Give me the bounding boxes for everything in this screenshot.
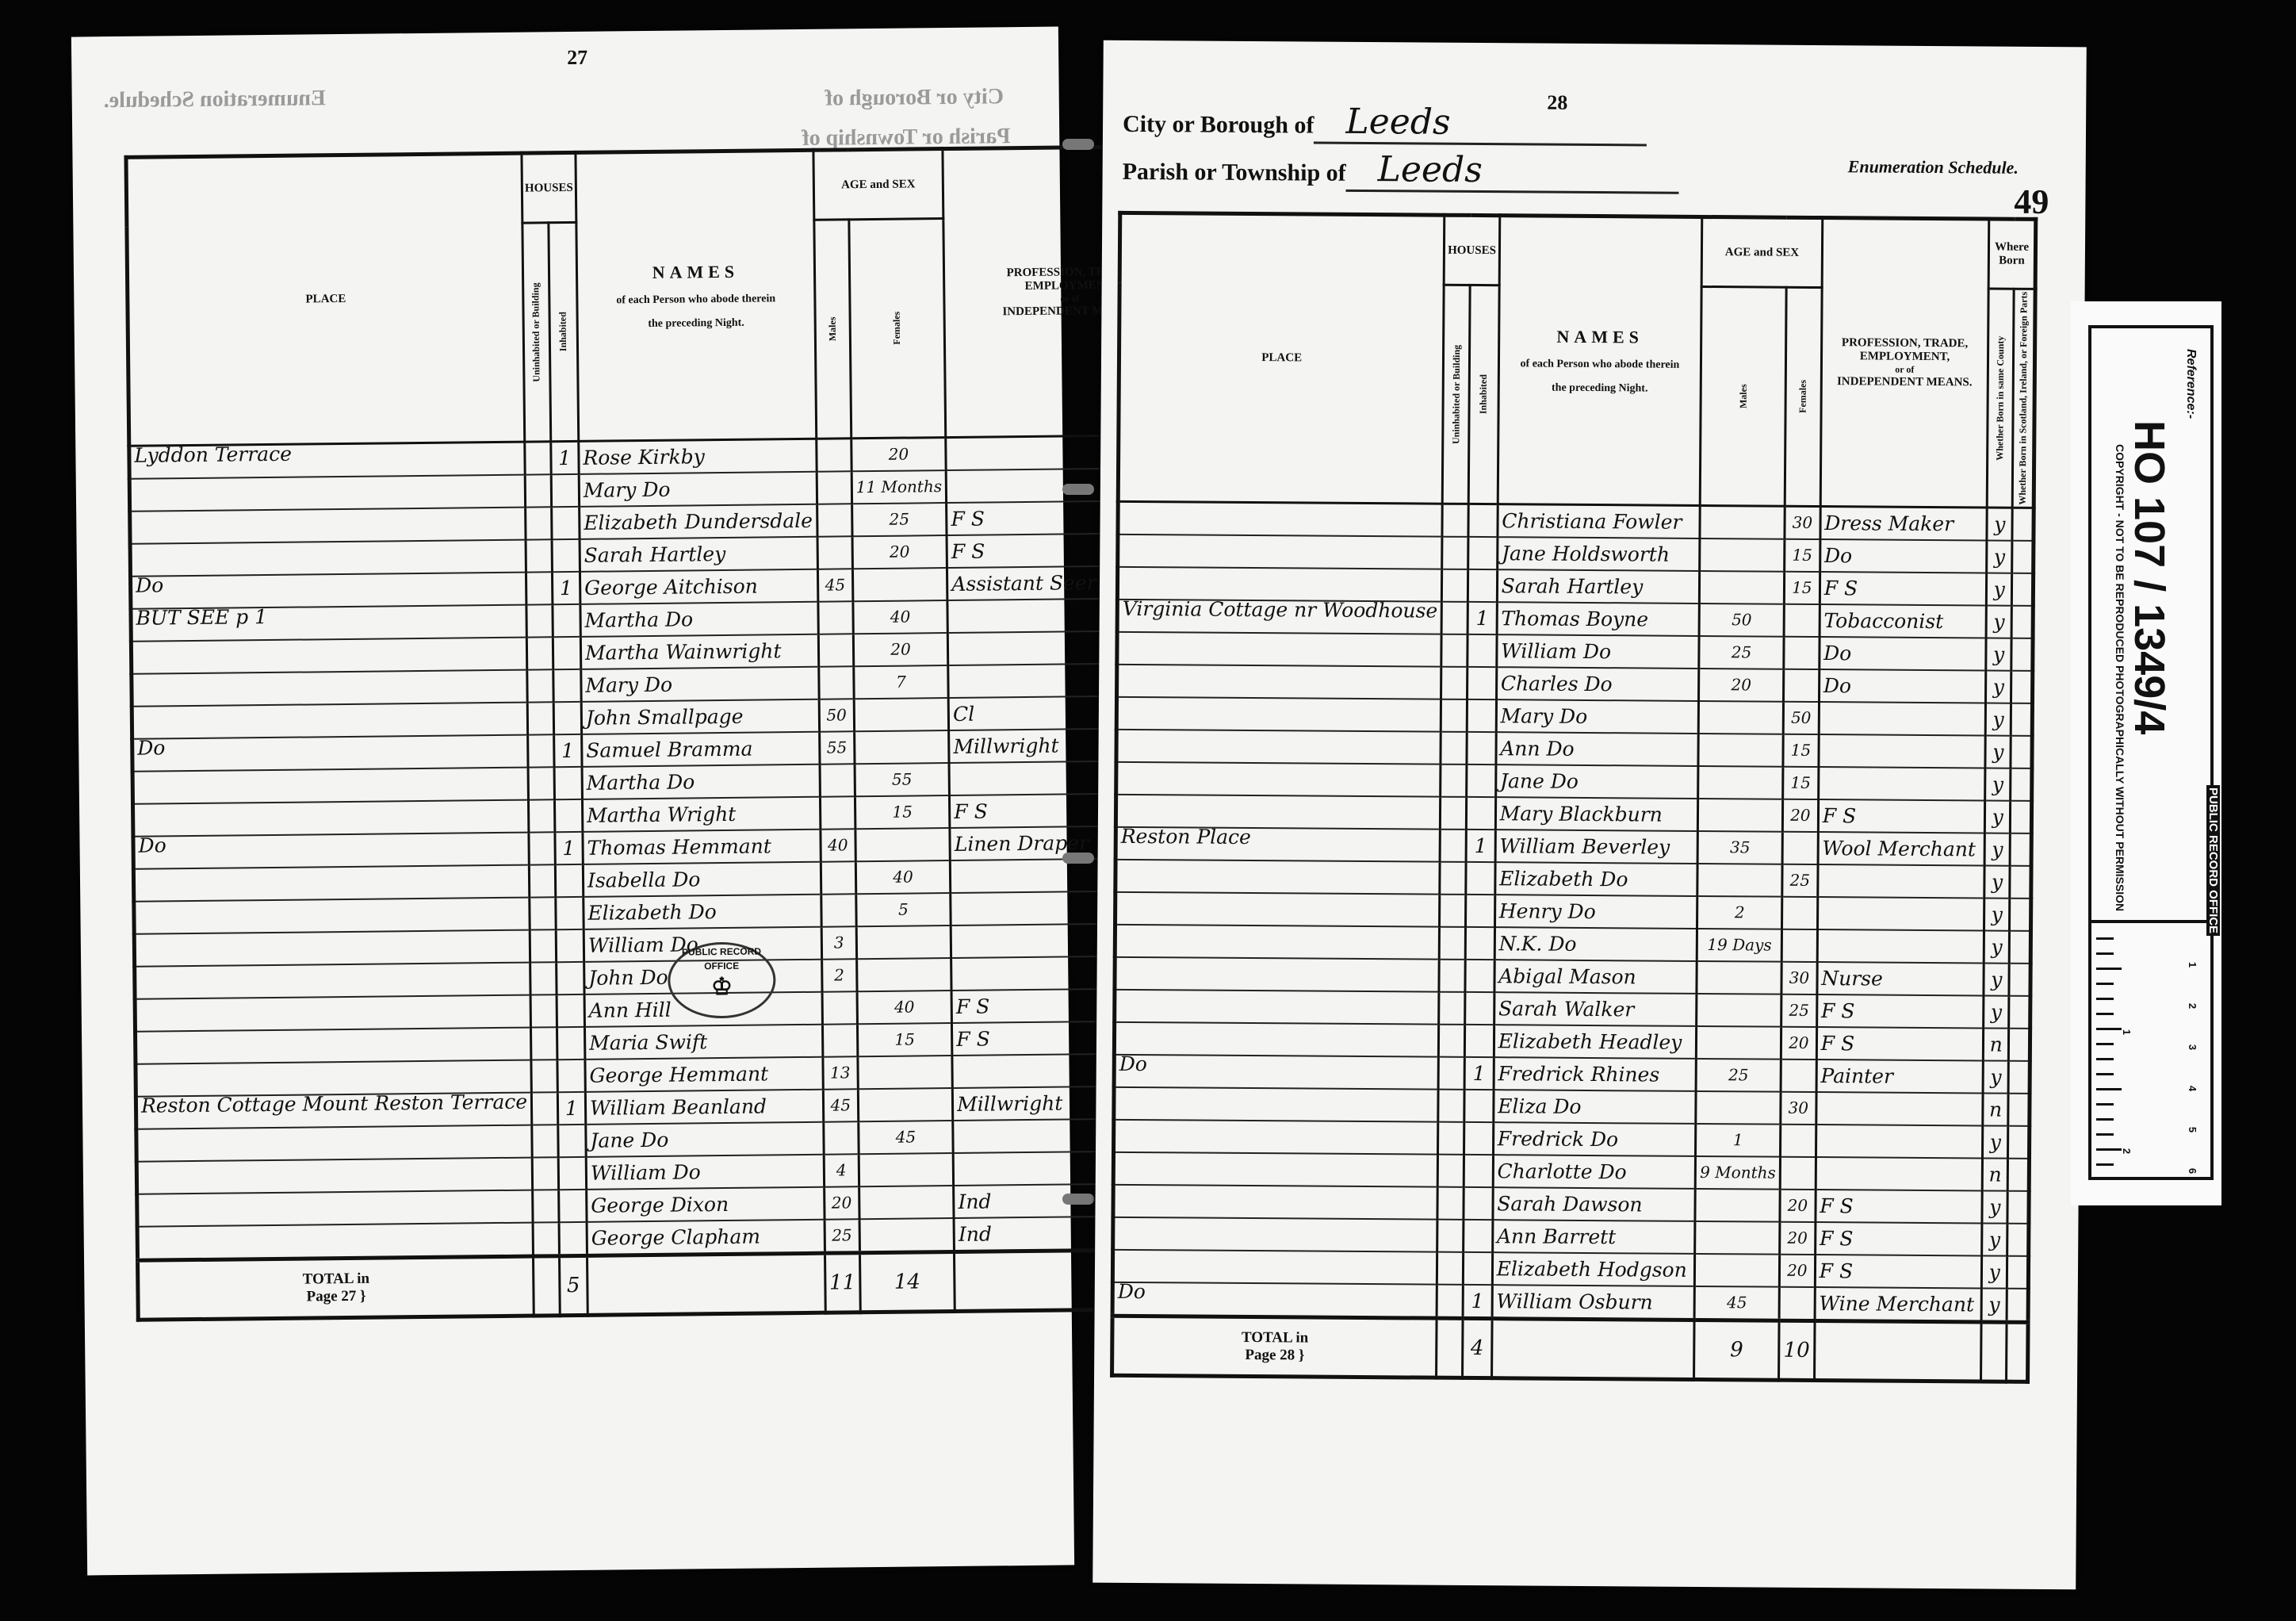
ruler-inch-label: 1 [2121, 1029, 2133, 1035]
header-houses: HOUSES [1445, 215, 1500, 285]
females-age-cell [1780, 1156, 1816, 1189]
females-age-cell: 5 [856, 893, 951, 926]
name-cell: William Do [586, 1155, 824, 1190]
profession-cell: Do [1820, 637, 1987, 670]
males-age-cell: 9 Months [1695, 1156, 1780, 1190]
header-uninhabited: Uninhabited or Building [522, 223, 550, 442]
uninhabited-cell [1441, 829, 1467, 861]
profession-cell: Nurse [1817, 962, 1984, 995]
ruler-cm-label: 3 [2187, 1044, 2198, 1050]
census-table-left: PLACE HOUSES NAMES of each Person who ab… [124, 144, 1248, 1321]
ruler-tick [2096, 968, 2122, 970]
uninhabited-cell [528, 734, 554, 767]
header-where-born: Where Born [1988, 219, 2035, 289]
uninhabited-cell [1441, 731, 1467, 764]
name-cell: Henry Do [1494, 895, 1697, 929]
same-county-cell: y [1981, 1288, 2007, 1322]
total-females: 14 [859, 1251, 955, 1312]
header-age-sex: AGE and SEX [813, 149, 943, 220]
females-age-cell: 40 [855, 860, 951, 894]
name-cell: Abigal Mason [1494, 960, 1697, 994]
bleed-through-schedule: Enumeration Schedule. [104, 86, 326, 113]
males-age-cell [1695, 1189, 1780, 1222]
females-age-cell [855, 828, 951, 861]
males-age-cell [820, 796, 855, 829]
profession-cell [1817, 897, 1984, 930]
uninhabited-cell [529, 799, 555, 832]
females-age-cell [1781, 1059, 1816, 1091]
males-age-cell: 4 [824, 1154, 859, 1186]
copyright-notice: COPYRIGHT - NOT TO BE REPRODUCED PHOTOGR… [2114, 444, 2126, 911]
same-county-cell: y [1982, 1190, 2007, 1223]
females-age-cell: 20 [1779, 1254, 1815, 1286]
place-cell [1117, 567, 1442, 602]
total-females: 10 [1778, 1320, 1814, 1380]
same-county-cell: y [1985, 703, 2011, 735]
males-age-cell: 25 [1696, 1059, 1781, 1092]
name-cell: Sarah Dawson [1493, 1187, 1696, 1221]
place-cell [132, 669, 527, 706]
same-county-cell: y [1983, 1125, 2008, 1158]
same-county-cell: y [1984, 865, 2010, 898]
total-row: TOTAL inPage 28 } 4 9 10 [1112, 1316, 2028, 1381]
females-age-cell: 30 [1781, 1091, 1816, 1124]
same-county-cell: y [1984, 898, 2010, 930]
females-age-cell [1784, 637, 1820, 669]
foreign-born-cell [2010, 833, 2031, 866]
males-age-cell: 1 [1696, 1124, 1781, 1157]
uninhabited-cell [1437, 1186, 1464, 1219]
header-profession: PROFESSION, TRADE,EMPLOYMENT, or ofINDEP… [1820, 218, 1989, 508]
males-age-cell: 45 [817, 569, 853, 601]
males-age-cell [821, 861, 856, 894]
ruler-tick [2096, 1133, 2114, 1136]
females-age-cell: 50 [1783, 702, 1819, 734]
inhabited-cell: 1 [1464, 1057, 1494, 1090]
uninhabited-cell [1437, 1251, 1464, 1284]
males-age-cell [817, 471, 852, 504]
total-row: TOTAL inPage 27 } 5 11 14 [138, 1248, 1247, 1320]
uninhabited-cell [1441, 699, 1468, 731]
uninhabited-cell [531, 1060, 557, 1092]
name-cell: Elizabeth Headley [1494, 1025, 1697, 1059]
ruler-inch-label: 2 [2121, 1148, 2133, 1154]
same-county-cell: y [1983, 1060, 2008, 1093]
foreign-born-cell [2011, 736, 2032, 768]
page-number: 27 [567, 46, 587, 70]
uninhabited-cell [1441, 796, 1467, 829]
males-age-cell [1697, 864, 1782, 897]
uninhabited-cell [1439, 991, 1465, 1024]
females-age-cell: 25 [1782, 864, 1818, 896]
foreign-born-cell [2011, 768, 2032, 801]
uninhabited-cell [530, 962, 557, 994]
uninhabited-cell [530, 929, 556, 962]
place-cell: Lyddon Terrace [129, 442, 526, 479]
total-houses: 5 [559, 1255, 587, 1315]
uninhabited-cell [526, 539, 552, 572]
same-county-cell: y [1987, 573, 2012, 605]
foreign-born-cell [2010, 899, 2031, 931]
inhabited-cell [554, 799, 583, 832]
inhabited-cell [1464, 1252, 1493, 1285]
place-cell [135, 962, 530, 998]
males-age-cell [817, 536, 853, 569]
uninhabited-cell [526, 507, 552, 539]
name-cell: Martha Do [580, 602, 818, 637]
females-age-cell: 15 [1783, 734, 1819, 766]
males-age-cell [1699, 701, 1784, 734]
header-place: PLACE [1118, 213, 1445, 504]
males-age-cell [816, 439, 851, 472]
place-cell: Reston Place [1115, 827, 1441, 862]
ruler-tick [2096, 1043, 2114, 1045]
name-cell: Fredrick Do [1493, 1122, 1696, 1156]
census-table-right: PLACE HOUSES NAMES of each Person who ab… [1110, 211, 2038, 1384]
bleed-through-city: City or Borough of [825, 84, 1004, 111]
females-age-cell [854, 730, 949, 764]
uninhabited-cell [531, 1027, 557, 1060]
males-age-cell [818, 634, 854, 666]
foreign-born-cell [2011, 703, 2033, 736]
males-age-cell: 50 [819, 699, 855, 731]
uninhabited-cell [526, 572, 553, 604]
foreign-born-cell [2009, 995, 2030, 1028]
profession-cell: F S [1816, 994, 1984, 1028]
males-age-cell: 20 [824, 1186, 859, 1219]
males-age-cell: 25 [1699, 636, 1784, 669]
uninhabited-cell [533, 1222, 559, 1256]
place-cell [137, 1222, 534, 1260]
inhabited-cell [555, 897, 584, 929]
females-age-cell: 20 [1780, 1221, 1816, 1254]
scale-ruler: 12123456 [2088, 920, 2207, 1177]
inhabited-cell [557, 1027, 585, 1060]
profession-cell [1819, 734, 1986, 768]
profession-cell: Dress Maker [1820, 506, 1988, 540]
place-cell [136, 1125, 532, 1161]
parish-value: Leeds [1346, 149, 1679, 194]
place-cell [131, 637, 526, 673]
uninhabited-cell [525, 442, 551, 475]
females-age-cell: 20 [852, 535, 947, 569]
left-page-27: 27 Enumeration Schedule. City or Borough… [71, 27, 1074, 1576]
females-age-cell: 15 [1785, 539, 1820, 572]
foreign-born-cell [2011, 606, 2033, 638]
inhabited-cell [1467, 765, 1496, 797]
uninhabited-cell [1441, 634, 1468, 666]
males-age-cell: 2 [1697, 896, 1782, 929]
place-cell [130, 507, 526, 543]
inhabited-cell: 1 [553, 734, 582, 767]
name-cell: Thomas Hemmant [583, 830, 821, 864]
uninhabited-cell [526, 604, 553, 637]
females-age-cell [859, 1186, 954, 1219]
uninhabited-cell [532, 1157, 558, 1190]
same-county-cell: y [1985, 735, 2011, 768]
place-cell [1114, 1120, 1439, 1155]
same-county-cell: y [1984, 930, 2009, 963]
males-age-cell: 19 Days [1697, 929, 1781, 962]
binding-ring-icon [1062, 139, 1094, 150]
place-cell [1114, 1022, 1439, 1057]
profession-cell [1816, 1125, 1983, 1158]
inhabited-cell [1465, 927, 1494, 960]
foreign-born-cell [2008, 1158, 2030, 1190]
same-county-cell: n [1984, 1028, 2009, 1060]
inhabited-cell [552, 539, 580, 572]
total-label: TOTAL inPage 27 } [138, 1256, 534, 1320]
ruler-tick [2096, 1013, 2114, 1015]
name-cell: George Aitchison [580, 569, 817, 604]
place-cell [1114, 1087, 1439, 1122]
place-cell [1116, 762, 1441, 797]
same-county-cell: y [1984, 833, 2010, 865]
crown-icon: ♔ [670, 972, 773, 1002]
ruler-tick [2096, 1088, 2122, 1090]
females-age-cell [856, 925, 951, 959]
profession-cell [1818, 864, 1985, 898]
place-cell [1115, 925, 1440, 960]
females-age-cell: 11 Months [851, 470, 947, 504]
females-age-cell [852, 568, 947, 601]
name-cell: Sarah Hartley [1497, 569, 1700, 604]
same-county-cell: y [1987, 508, 2012, 541]
ruler-tick [2096, 1148, 2122, 1151]
females-age-cell: 20 [1781, 1026, 1816, 1059]
males-age-cell [821, 894, 856, 926]
males-age-cell [1696, 1091, 1781, 1125]
ruler-cm-label: 4 [2187, 1086, 2198, 1091]
ruler-cm-label: 6 [2187, 1168, 2198, 1174]
name-cell: Jane Do [586, 1122, 824, 1157]
place-cell [135, 994, 530, 1031]
same-county-cell: y [1986, 638, 2011, 670]
profession-cell [1816, 1092, 1984, 1125]
name-cell: Jane Holdsworth [1497, 537, 1700, 571]
name-cell: Thomas Boyne [1497, 602, 1700, 636]
place-cell: Do [132, 734, 528, 771]
females-age-cell [1781, 896, 1817, 929]
foreign-born-cell [2007, 1255, 2029, 1288]
females-age-cell: 40 [853, 600, 948, 634]
same-county-cell: n [1983, 1093, 2008, 1125]
name-cell: Mary Blackburn [1495, 797, 1698, 831]
place-cell [1117, 632, 1442, 667]
inhabited-cell [1467, 797, 1496, 830]
right-page-28: 28 City or Borough ofLeeds Parish or Tow… [1093, 40, 2087, 1590]
males-age-cell [817, 504, 852, 536]
males-age-cell: 13 [823, 1056, 859, 1089]
inhabited-cell [558, 1157, 587, 1190]
profession-cell: F S [1816, 1027, 1984, 1060]
foreign-born-cell [2011, 671, 2033, 703]
males-age-cell [818, 666, 854, 699]
females-age-cell [854, 698, 949, 731]
place-cell [1115, 860, 1441, 895]
females-age-cell [858, 1088, 953, 1121]
females-age-cell [856, 958, 951, 991]
profession-cell: Painter [1816, 1060, 1984, 1093]
ruler-tick [2096, 1118, 2114, 1121]
place-cell [136, 1027, 531, 1063]
inhabited-cell [1467, 732, 1496, 765]
rows-left: Lyddon Terrace1Rose Kirkby20yMary Do11 M… [129, 434, 1246, 1260]
inhabited-cell [1465, 1025, 1494, 1057]
females-age-cell: 20 [853, 633, 948, 666]
name-cell: Jane Do [1495, 765, 1698, 799]
name-cell: Maria Swift [584, 1025, 822, 1060]
foreign-born-cell [2007, 1190, 2029, 1223]
schedule-number: 49 [2014, 182, 2049, 222]
uninhabited-cell [1441, 666, 1468, 699]
inhabited-cell [1468, 537, 1498, 569]
females-age-cell: 15 [857, 1023, 952, 1056]
same-county-cell: y [1986, 670, 2011, 703]
uninhabited-cell [1440, 926, 1466, 959]
binding-ring-icon [1062, 484, 1094, 495]
header-same-county: Whether Born in same County [1987, 289, 2014, 508]
males-age-cell: 35 [1697, 831, 1782, 864]
foreign-born-cell [2008, 1060, 2030, 1093]
header-names: NAMES of each Person who abode therein t… [576, 150, 817, 441]
ruler-tick [2096, 1073, 2114, 1075]
header-age-sex: AGE and SEX [1701, 217, 1822, 287]
reference-label: Reference:- HO 107 / 1349/4 COPYRIGHT - … [2071, 301, 2221, 1205]
inhabited-cell [1464, 1090, 1494, 1122]
header-males: Males [814, 220, 851, 439]
inhabited-cell [553, 637, 581, 669]
place-cell [132, 702, 527, 738]
males-age-cell: 2 [821, 959, 857, 991]
header-uninhabited: Uninhabited or Building [1443, 285, 1471, 504]
inhabited-cell [1464, 1220, 1493, 1252]
uninhabited-cell [1439, 1056, 1465, 1089]
profession-cell [1818, 767, 1985, 800]
uninhabited-cell [1442, 569, 1468, 601]
ruler-cm-label: 5 [2187, 1127, 2198, 1132]
foreign-born-cell [2009, 963, 2030, 995]
ruler-tick [2096, 937, 2114, 940]
inhabited-cell [1468, 569, 1498, 602]
name-cell: Ann Do [1496, 732, 1699, 766]
ruler-tick [2096, 1163, 2114, 1166]
profession-cell: Tobacconist [1820, 604, 1987, 638]
foreign-born-cell [2008, 1125, 2030, 1158]
females-age-cell: 25 [1781, 994, 1817, 1026]
name-cell: Sarah Walker [1494, 992, 1697, 1026]
males-age-cell: 3 [821, 926, 857, 959]
females-age-cell: 20 [1780, 1189, 1816, 1221]
inhabited-cell: 1 [1463, 1285, 1492, 1319]
header-names: NAMES of each Person who abode therein t… [1498, 216, 1702, 506]
males-age-cell [1698, 766, 1783, 799]
name-cell: Sarah Hartley [580, 537, 817, 572]
name-cell: N.K. Do [1494, 927, 1697, 961]
inhabited-cell [1468, 504, 1498, 537]
binding-ring-icon [1062, 1194, 1094, 1205]
inhabited-cell [1468, 667, 1497, 699]
males-age-cell [823, 1121, 859, 1154]
inhabited-cell [556, 962, 584, 994]
inhabited-cell [1466, 895, 1495, 927]
males-age-cell [1697, 1026, 1781, 1060]
total-males: 11 [825, 1253, 860, 1313]
ruler-cm-label: 2 [2187, 1003, 2198, 1009]
city-borough-line: City or Borough ofLeeds [1123, 100, 1647, 147]
name-cell: Christiana Fowler [1498, 504, 1701, 538]
header-females: Females [1785, 287, 1822, 506]
females-age-cell: 15 [1784, 572, 1820, 604]
profession-cell: Wine Merchant [1815, 1287, 1982, 1322]
same-county-cell: y [1985, 800, 2011, 833]
males-age-cell [820, 764, 855, 796]
uninhabited-cell [1440, 861, 1466, 894]
place-cell [1112, 1250, 1437, 1285]
males-age-cell: 45 [823, 1089, 859, 1121]
place-cell [1115, 957, 1440, 992]
uninhabited-cell [529, 832, 555, 864]
foreign-born-cell [2008, 1093, 2030, 1125]
ruler-tick [2096, 998, 2114, 1000]
same-county-cell: y [1982, 1255, 2007, 1288]
ruler-tick [2096, 1028, 2122, 1030]
place-cell: Do [131, 572, 526, 608]
total-males: 9 [1694, 1320, 1779, 1380]
foreign-born-cell [2007, 1288, 2028, 1322]
name-cell: Ann Barrett [1492, 1220, 1695, 1254]
males-age-cell [1700, 505, 1785, 538]
name-cell: Charlotte Do [1493, 1155, 1696, 1189]
profession-cell [1816, 1157, 1983, 1190]
females-age-cell: 30 [1781, 961, 1817, 994]
name-cell: William Beverley [1495, 830, 1698, 864]
place-cell [1115, 892, 1441, 927]
females-age-cell [1779, 1286, 1815, 1320]
name-cell: Rose Kirkby [579, 439, 817, 474]
city-value: Leeds [1314, 102, 1647, 147]
ruler-tick [2096, 1103, 2114, 1106]
name-cell: William Do [1497, 634, 1700, 669]
header-inhabited: Inhabited [1468, 285, 1498, 504]
uninhabited-cell [527, 669, 553, 702]
inhabited-cell [1465, 992, 1494, 1025]
uninhabited-cell [1438, 1089, 1464, 1121]
office-name: PUBLIC RECORD OFFICE [2206, 785, 2220, 936]
name-cell: Mary Do [579, 472, 817, 507]
place-cell [134, 897, 530, 933]
place-cell [136, 1060, 531, 1096]
rows-right: Christiana Fowler30Dress MakeryJane Hold… [1112, 501, 2034, 1322]
profession-cell: F S [1820, 572, 1987, 605]
profession-cell: Do [1820, 539, 1987, 573]
ruler-tick [2096, 952, 2114, 955]
inhabited-cell [553, 604, 581, 637]
inhabited-cell [1464, 1155, 1493, 1187]
name-cell: Elizabeth Do [1495, 862, 1698, 896]
females-age-cell [859, 1153, 954, 1186]
place-cell [1113, 1185, 1438, 1220]
place-cell [134, 929, 530, 966]
males-age-cell [1698, 734, 1783, 767]
males-age-cell: 20 [1699, 669, 1784, 702]
name-cell: Mary Do [581, 667, 819, 702]
females-age-cell: 20 [1782, 799, 1818, 831]
place-cell [137, 1190, 533, 1226]
name-cell: George Hemmant [585, 1057, 823, 1092]
inhabited-cell: 1 [550, 441, 579, 474]
inhabited-cell: 1 [557, 1092, 586, 1125]
